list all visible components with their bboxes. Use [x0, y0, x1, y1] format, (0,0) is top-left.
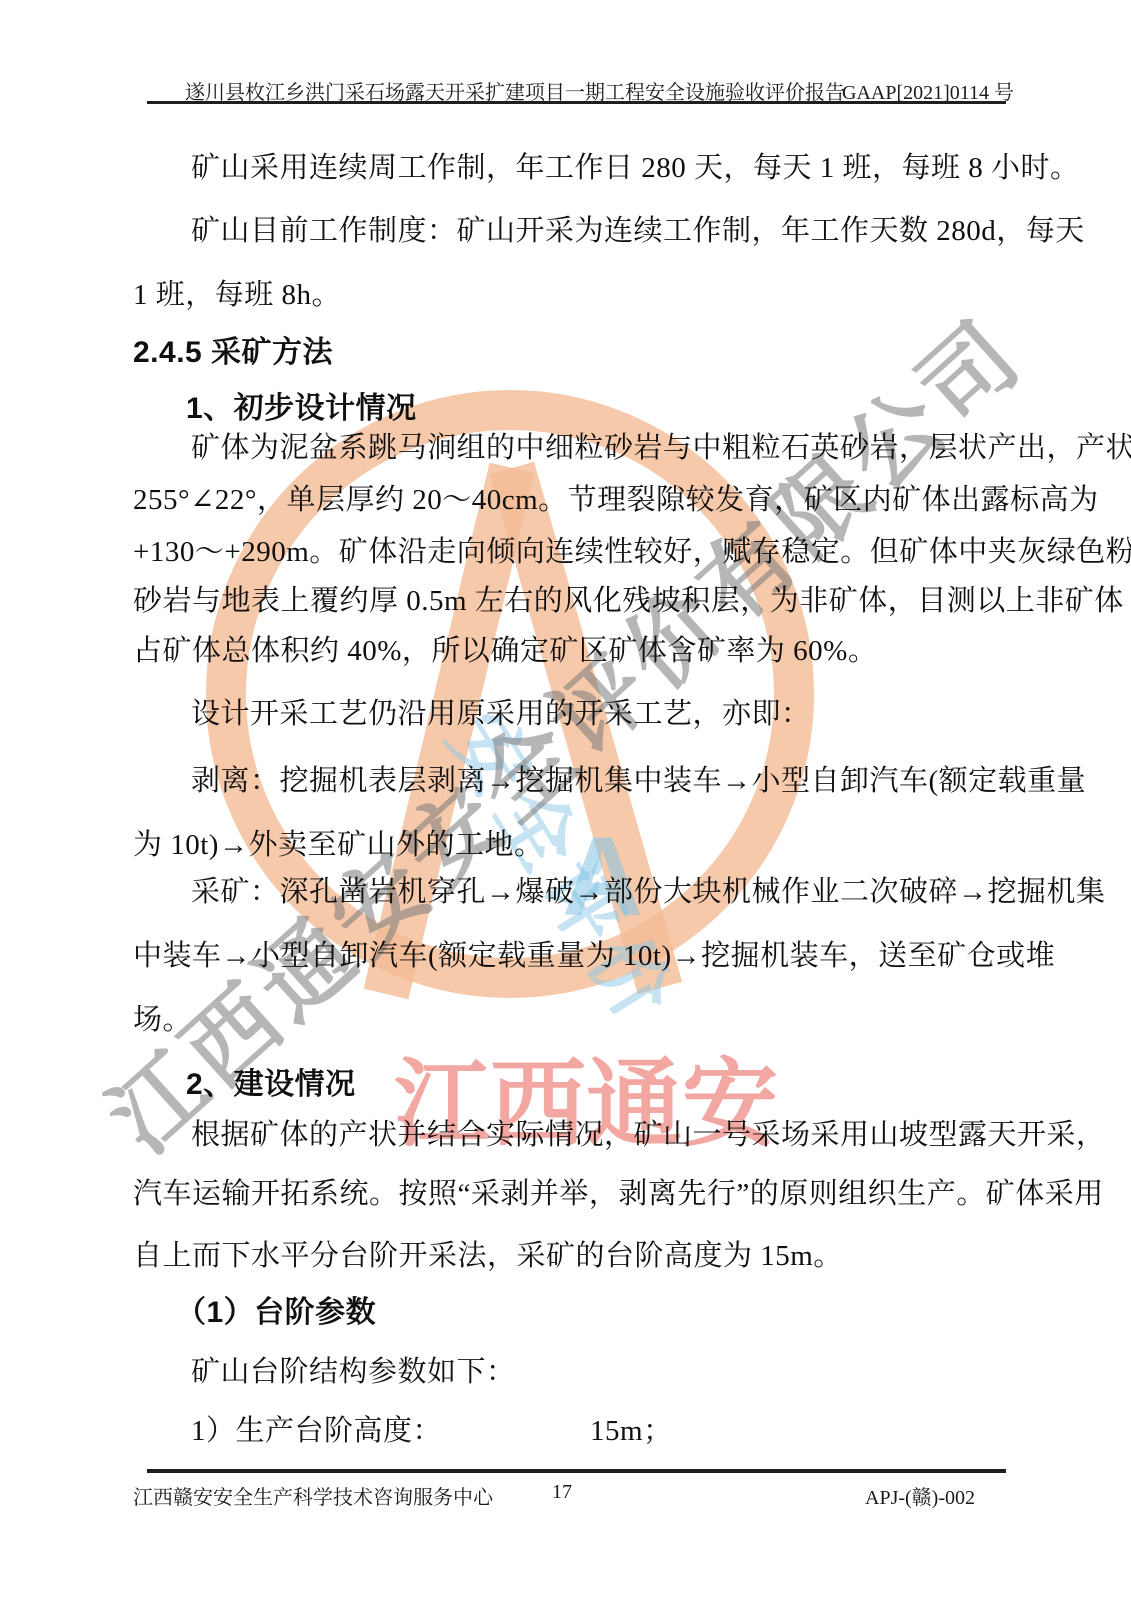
paragraph-line: 矿体为泥盆系跳马涧组的中细粒砂岩与中粗粒石英砂岩，层状产出，产状：: [191, 432, 1131, 465]
footer-page-number: 17: [552, 1481, 572, 1504]
paragraph-line: 场。: [133, 1004, 192, 1037]
paragraph-line: +130～+290m。矿体沿走向倾向连续性较好，赋存稳定。但矿体中夹灰绿色粉: [133, 536, 1131, 569]
subsection-heading-2: 2、建设情况: [186, 1068, 356, 1101]
subsection-heading-step-params: （1）台阶参数: [176, 1296, 376, 1329]
paragraph-line: 矿山目前工作制度：矿山开采为连续工作制，年工作天数 280d，每天: [191, 215, 1085, 248]
section-heading-245: 2.4.5 采矿方法: [133, 336, 333, 369]
footer-org-name: 江西赣安安全生产科学技术咨询服务中心: [133, 1481, 493, 1510]
parameter-value: 15m；: [590, 1415, 673, 1447]
paragraph-line: 矿山台阶结构参数如下：: [191, 1356, 516, 1389]
paragraph-line: 砂岩与地表上覆约厚 0.5m 左右的风化残坡积层，为非矿体，目测以上非矿体: [133, 585, 1124, 618]
paragraph-line: 占矿体总体积约 40%，所以确定矿区矿体含矿率为 60%。: [133, 635, 877, 668]
paragraph-line: 设计开采工艺仍沿用原采用的开采工艺，亦即：: [191, 698, 811, 731]
footer-rule: [147, 1469, 1006, 1473]
paragraph-line: 汽车运输开拓系统。按照“采剥并举，剥离先行”的原则组织生产。矿体采用: [133, 1178, 1104, 1211]
header-rule: [147, 101, 1006, 104]
paragraph-line: 1 班，每班 8h。: [133, 279, 341, 312]
subsection-heading-1: 1、初步设计情况: [186, 392, 417, 425]
blue-diagonal-watermark: 安全评价: [427, 688, 709, 1046]
parameter-label: 1）生产台阶高度：: [191, 1415, 442, 1447]
paragraph-line: 采矿：深孔凿岩机穿孔→爆破→部份大块机械作业二次破碎→挖掘机集: [191, 876, 1106, 909]
paragraph-line: 中装车→小型自卸汽车(额定载重量为 10t)→挖掘机装车，送至矿仓或堆: [133, 940, 1055, 973]
paragraph-line: 255°∠22°，单层厚约 20～40cm。节理裂隙较发育，矿区内矿体出露标高为: [133, 484, 1099, 517]
parameter-line: 1）生产台阶高度：15m；: [191, 1415, 673, 1448]
paragraph-line: 自上而下水平分台阶开采法，采矿的台阶高度为 15m。: [133, 1240, 843, 1273]
paragraph-line: 为 10t)→外卖至矿山外的工地。: [133, 829, 543, 862]
document-page: 安全评价 A 江西通安安全评价有限公司 江西通安 遂川县枚江乡洪门采石场露天开采…: [0, 0, 1131, 1600]
paragraph-line: 剥离：挖掘机表层剥离→挖掘机集中装车→小型自卸汽车(额定载重量: [191, 765, 1086, 798]
company-logo-watermark: [200, 382, 830, 1012]
footer-doc-code: APJ-(赣)-002: [865, 1481, 975, 1510]
paragraph-line: 根据矿体的产状并结合实际情况，矿山一号采场采用山坡型露天开采，: [191, 1119, 1106, 1152]
paragraph-line: 矿山采用连续周工作制，年工作日 280 天，每天 1 班，每班 8 小时。: [191, 152, 1080, 185]
